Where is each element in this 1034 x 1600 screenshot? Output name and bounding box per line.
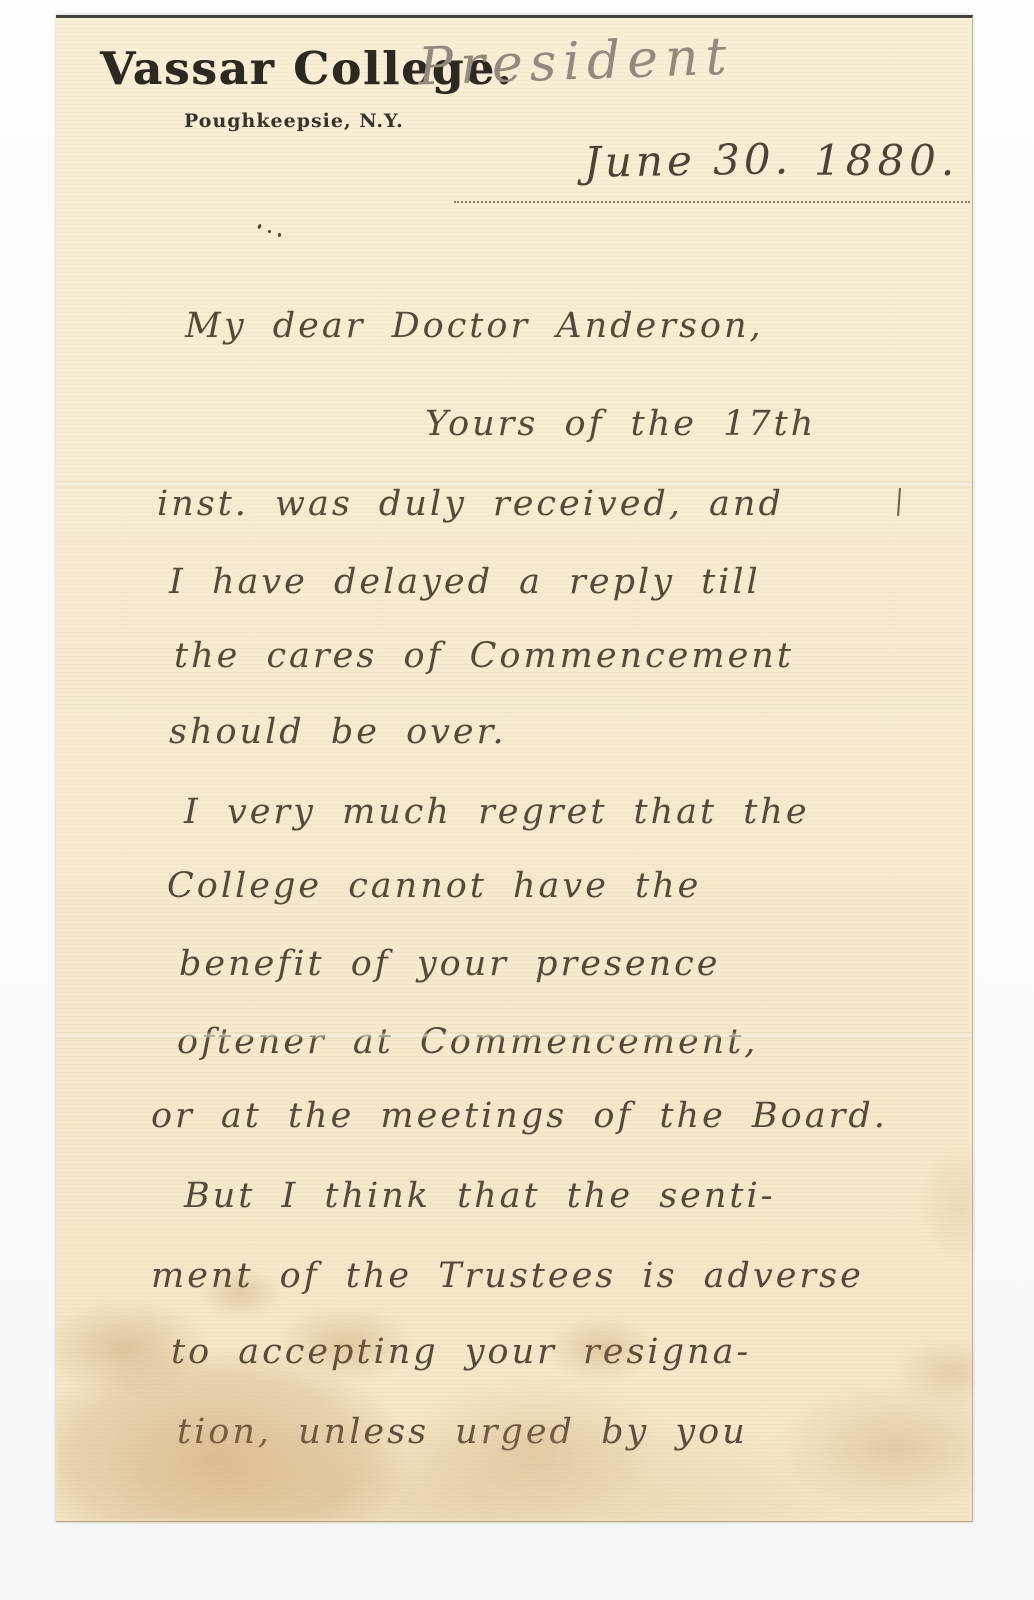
letter-line: should be over. (169, 712, 507, 752)
letter-line: I very much regret that the (184, 792, 810, 832)
letter-line: oftener at Commencement, (177, 1022, 758, 1062)
letter-page: Vassar College. Poughkeepsie, N.Y. Presi… (56, 15, 973, 1522)
letter-line: College cannot have the (167, 866, 701, 906)
letter-line: But I think that the senti- (184, 1176, 776, 1216)
letter-line: inst. was duly received, and (157, 484, 784, 524)
fold-crease-top (56, 481, 972, 488)
letter-line: tion, unless urged by you (177, 1412, 748, 1452)
letter-line: I have delayed a reply till (169, 562, 761, 602)
letter-body: My dear Doctor Anderson,Yours of the 17t… (56, 18, 972, 1521)
fold-crease-bottom (56, 1032, 972, 1039)
letter-line: ment of the Trustees is adverse (151, 1256, 864, 1296)
letter-line: to accepting your resigna- (171, 1332, 751, 1372)
scanned-letter-photo: Vassar College. Poughkeepsie, N.Y. Presi… (0, 0, 1034, 1600)
letter-line: or at the meetings of the Board. (151, 1096, 888, 1136)
letter-line: My dear Doctor Anderson, (185, 306, 764, 346)
letter-line: the cares of Commencement (174, 636, 794, 676)
letter-line: Yours of the 17th (425, 404, 816, 444)
letter-line: benefit of your presence (179, 944, 720, 984)
